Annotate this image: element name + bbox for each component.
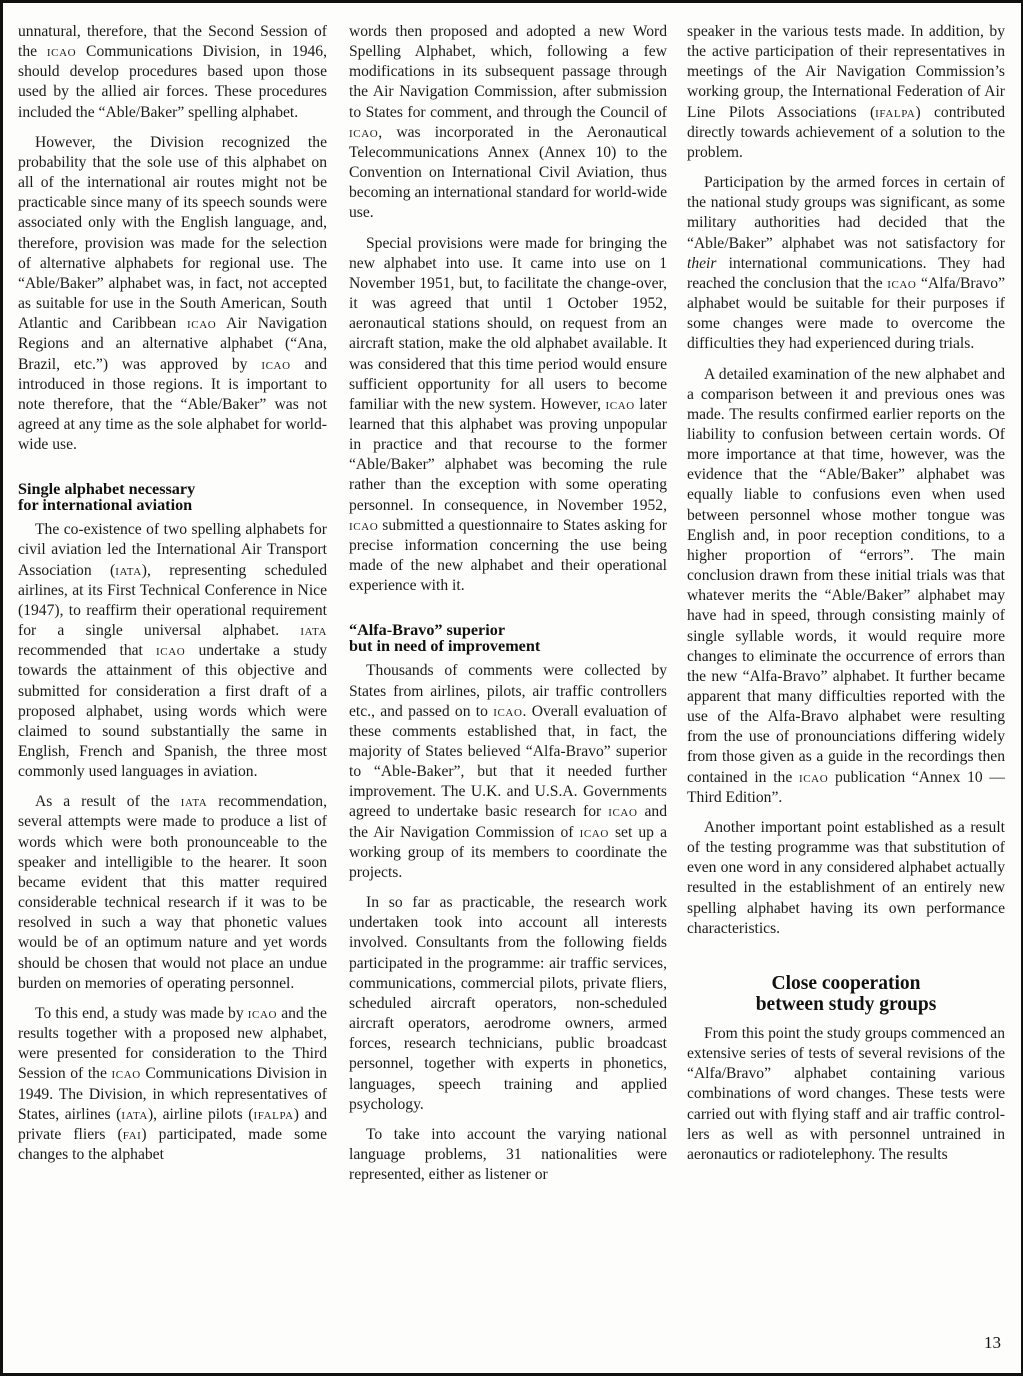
paragraph: In so far as practicable, the research w… (349, 893, 667, 1115)
paragraph: From this point the study groups commenc… (687, 1024, 1005, 1165)
paragraph: As a result of the IATA recommenda­tion,… (18, 792, 327, 994)
acronym: ICAO (580, 824, 609, 841)
acronym: ICAO (349, 517, 378, 534)
text-column-3: speaker in the various tests made. In ad… (687, 22, 1005, 1175)
acronym: IATA (300, 622, 327, 639)
acronym: ICAO (187, 315, 216, 332)
paragraph: To take into account the varying nation­… (349, 1125, 667, 1185)
paragraph: Participation by the armed forces in cer… (687, 173, 1005, 354)
spacer (687, 949, 1005, 973)
acronym: ICAO (606, 396, 635, 413)
paragraph: To this end, a study was made by ICAO an… (18, 1004, 327, 1165)
text-column-1: unnatural, therefore, that the Second Se… (18, 22, 327, 1175)
acronym: ICAO (156, 642, 185, 659)
acronym: ICAO (261, 356, 290, 373)
acronym: ICAO (349, 124, 378, 141)
paragraph: unnatural, therefore, that the Second Se… (18, 22, 327, 123)
section-heading: “Alfa-Bravo” superiorbut in need of impr… (349, 622, 667, 654)
paragraph: However, the Division recognized the pro… (18, 133, 327, 456)
acronym: IATA (115, 562, 142, 579)
acronym: ICAO (799, 769, 828, 786)
paragraph: Special provisions were made for bring­i… (349, 234, 667, 597)
paragraph: speaker in the various tests made. In ad… (687, 22, 1005, 163)
section-heading: Single alphabet necessaryfor internation… (18, 481, 327, 513)
paragraph: The co-existence of two spelling al­phab… (18, 520, 327, 782)
acronym: ICAO (47, 43, 76, 60)
paragraph: Thousands of comments were collected by … (349, 661, 667, 883)
spacer (18, 465, 327, 481)
acronym: IFALPA (253, 1106, 293, 1123)
acronym: IATA (181, 793, 208, 810)
acronym: IFALPA (875, 104, 915, 121)
paragraph: Another important point established as a… (687, 818, 1005, 939)
emphasis: their (687, 255, 716, 272)
acronym: ICAO (112, 1065, 141, 1082)
paragraph: A detailed examination of the new alphab… (687, 365, 1005, 808)
document-page: unnatural, therefore, that the Second Se… (0, 0, 1023, 1376)
spacer (349, 606, 667, 622)
acronym: ICAO (248, 1005, 277, 1022)
acronym: ICAO (493, 703, 522, 720)
acronym: IATA (121, 1106, 148, 1123)
page-number: 13 (984, 1333, 1001, 1353)
acronym: ICAO (887, 275, 916, 292)
text-column-2: words then proposed and adopted a new Wo… (349, 22, 667, 1195)
acronym: ICAO (608, 803, 637, 820)
acronym: FAI (123, 1126, 142, 1143)
paragraph: words then proposed and adopted a new Wo… (349, 22, 667, 224)
section-heading: Close cooperationbetween study groups (687, 973, 1005, 1015)
